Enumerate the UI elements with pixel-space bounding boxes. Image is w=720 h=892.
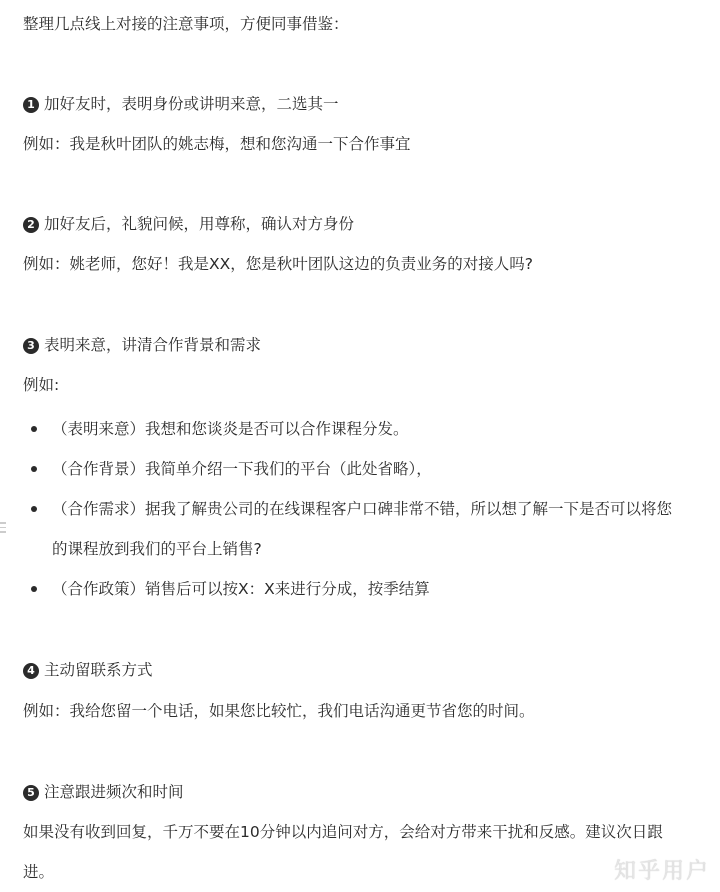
list-item: （合作需求）据我了解贵公司的在线课程客户口碑非常不错，所以想了解一下是否可以将您 <box>52 498 672 520</box>
section-3-title: 3表明来意，讲清合作背景和需求 <box>23 334 261 356</box>
bullet-icon <box>31 466 37 472</box>
bullet-icon <box>31 586 37 592</box>
section-4-title: 4主动留联系方式 <box>23 659 153 681</box>
section-4-example: 例如：我给您留一个电话，如果您比较忙，我们电话沟通更节省您的时间。 <box>23 700 535 722</box>
list-item-continuation: 的课程放到我们的平台上销售? <box>52 538 262 560</box>
intro-text: 整理几点线上对接的注意事项，方便同事借鉴： <box>23 13 349 35</box>
list-item: （表明来意）我想和您谈炎是否可以合作课程分发。 <box>52 418 409 440</box>
list-item: （合作政策）销售后可以按X：X来进行分成，按季结算 <box>52 578 430 600</box>
number-5-icon: 5 <box>23 785 39 801</box>
list-item: （合作背景）我简单介绍一下我们的平台（此处省略）， <box>52 458 432 480</box>
section-2-title: 2加好友后，礼貌问候，用尊称，确认对方身份 <box>23 213 354 235</box>
number-1-icon: 1 <box>23 97 39 113</box>
bullet-icon <box>31 426 37 432</box>
number-4-icon: 4 <box>23 663 39 679</box>
section-3-example: 例如: <box>23 374 59 396</box>
number-2-icon: 2 <box>23 217 39 233</box>
section-5-example-cont: 进。 <box>23 861 54 883</box>
section-5-example: 如果没有收到回复，千万不要在10分钟以内追问对方，会给对方带来干扰和反感。建议次… <box>23 821 663 843</box>
number-3-icon: 3 <box>23 338 39 354</box>
section-1-title: 1加好友时，表明身份或讲明来意，二选其一 <box>23 93 339 115</box>
section-1-example: 例如：我是秋叶团队的姚志梅，想和您沟通一下合作事宜 <box>23 133 411 155</box>
watermark: 知乎用户 <box>614 854 710 885</box>
bullet-icon <box>31 506 37 512</box>
section-2-example: 例如：姚老师，您好！我是XX，您是秋叶团队这边的负责业务的对接人吗? <box>23 253 533 275</box>
handle-icon <box>0 522 6 536</box>
section-5-title: 5注意跟进频次和时间 <box>23 781 184 803</box>
